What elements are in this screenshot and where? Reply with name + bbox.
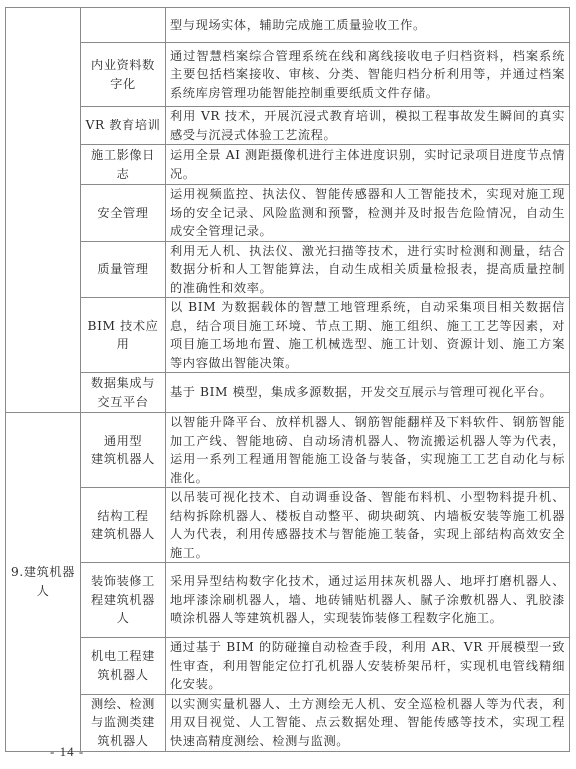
description-cell: 运用视频监控、执法仪、智能传感器和人工智能技术，实现对施工现场的安全记录、风险监… xyxy=(166,185,570,242)
construction-tech-table: 型与现场实体，辅助完成施工质量验收工作。 内业资料数字化 通过智慧档案综合管理系… xyxy=(5,7,570,752)
subcategory-cell: 数据集成与交互平台 xyxy=(81,373,166,413)
table-row: 测绘、检测与监测类建筑机器人 以实测实量机器人、土方测绘无人机、安全巡检机器人等… xyxy=(6,694,570,751)
subcategory-cell: 内业资料数字化 xyxy=(81,43,166,107)
subcategory-cell: 机电工程建筑机器人 xyxy=(81,638,166,695)
description-cell: 通过基于 BIM 的防碰撞自动检查手段，利用 AR、VR 开展模型一致性审查，利… xyxy=(166,638,570,695)
table-row: 9.建筑机器人 通用型 建筑机器人 以智能升降平台、放样机器人、钢筋智能翻样及下… xyxy=(6,413,570,488)
description-cell: 基于 BIM 模型，集成多源数据，开发交互展示与管理可视化平台。 xyxy=(166,373,570,413)
table-row: 机电工程建筑机器人 通过基于 BIM 的防碰撞自动检查手段，利用 AR、VR 开… xyxy=(6,638,570,695)
subcategory-cell: BIM 技术应用 xyxy=(81,298,166,373)
description-cell: 利用无人机、执法仪、激光扫描等技术，进行实时检测和测量，结合数据分析和人工智能算… xyxy=(166,241,570,298)
category-cell: 9.建筑机器人 xyxy=(6,413,81,752)
table-row: 数据集成与交互平台 基于 BIM 模型，集成多源数据，开发交互展示与管理可视化平… xyxy=(6,373,570,413)
table-row: BIM 技术应用 以 BIM 为数据载体的智慧工地管理系统，自动采集项目相关数据… xyxy=(6,298,570,373)
page-number: - 14 - xyxy=(50,744,84,760)
table-row: VR 教育培训 利用 VR 技术，开展沉浸式教育培训，模拟工程事故发生瞬间的真实… xyxy=(6,107,570,145)
table-row: 内业资料数字化 通过智慧档案综合管理系统在线和离线接收电子归档资料，档案系统主要… xyxy=(6,43,570,107)
subcategory-cell: 装饰装修工程建筑机器人 xyxy=(81,563,166,638)
table-row: 装饰装修工程建筑机器人 采用异型结构数字化技术，通过运用抹灰机器人、地坪打磨机器… xyxy=(6,563,570,638)
description-cell: 利用 VR 技术，开展沉浸式教育培训，模拟工程事故发生瞬间的真实感受与沉浸式体验… xyxy=(166,107,570,145)
subcategory-cell xyxy=(81,8,166,43)
table-row: 型与现场实体，辅助完成施工质量验收工作。 xyxy=(6,8,570,43)
subcategory-cell: 质量管理 xyxy=(81,241,166,298)
subcategory-cell: VR 教育培训 xyxy=(81,107,166,145)
table-row: 结构工程 建筑机器人 以吊装可视化技术、自动调垂设备、智能布料机、小型物料提升机… xyxy=(6,488,570,563)
category-cell-continued xyxy=(6,8,81,413)
description-cell: 采用异型结构数字化技术，通过运用抹灰机器人、地坪打磨机器人、地坪漆涂刷机器人，墙… xyxy=(166,563,570,638)
table-row: 质量管理 利用无人机、执法仪、激光扫描等技术，进行实时检测和测量，结合数据分析和… xyxy=(6,241,570,298)
description-cell: 通过智慧档案综合管理系统在线和离线接收电子归档资料，档案系统主要包括档案接收、审… xyxy=(166,43,570,107)
subcategory-cell: 通用型 建筑机器人 xyxy=(81,413,166,488)
subcategory-cell: 结构工程 建筑机器人 xyxy=(81,488,166,563)
description-cell: 以智能升降平台、放样机器人、钢筋智能翻样及下料软件、钢筋智能加工产线、智能地磅、… xyxy=(166,413,570,488)
description-cell: 以实测实量机器人、土方测绘无人机、安全巡检机器人等为代表，利用双目视觉、人工智能… xyxy=(166,694,570,751)
subcategory-cell: 施工影像日志 xyxy=(81,145,166,185)
subcategory-cell: 安全管理 xyxy=(81,185,166,242)
table-row: 安全管理 运用视频监控、执法仪、智能传感器和人工智能技术，实现对施工现场的安全记… xyxy=(6,185,570,242)
subcategory-cell: 测绘、检测与监测类建筑机器人 xyxy=(81,694,166,751)
table-row: 施工影像日志 运用全景 AI 测距摄像机进行主体进度识别，实时记录项目进度节点情… xyxy=(6,145,570,185)
description-cell: 以 BIM 为数据载体的智慧工地管理系统，自动采集项目相关数据信息，结合项目施工… xyxy=(166,298,570,373)
description-cell: 运用全景 AI 测距摄像机进行主体进度识别，实时记录项目进度节点情况。 xyxy=(166,145,570,185)
description-cell: 以吊装可视化技术、自动调垂设备、智能布料机、小型物料提升机、结构拆除机器人、楼板… xyxy=(166,488,570,563)
description-cell: 型与现场实体，辅助完成施工质量验收工作。 xyxy=(166,8,570,43)
